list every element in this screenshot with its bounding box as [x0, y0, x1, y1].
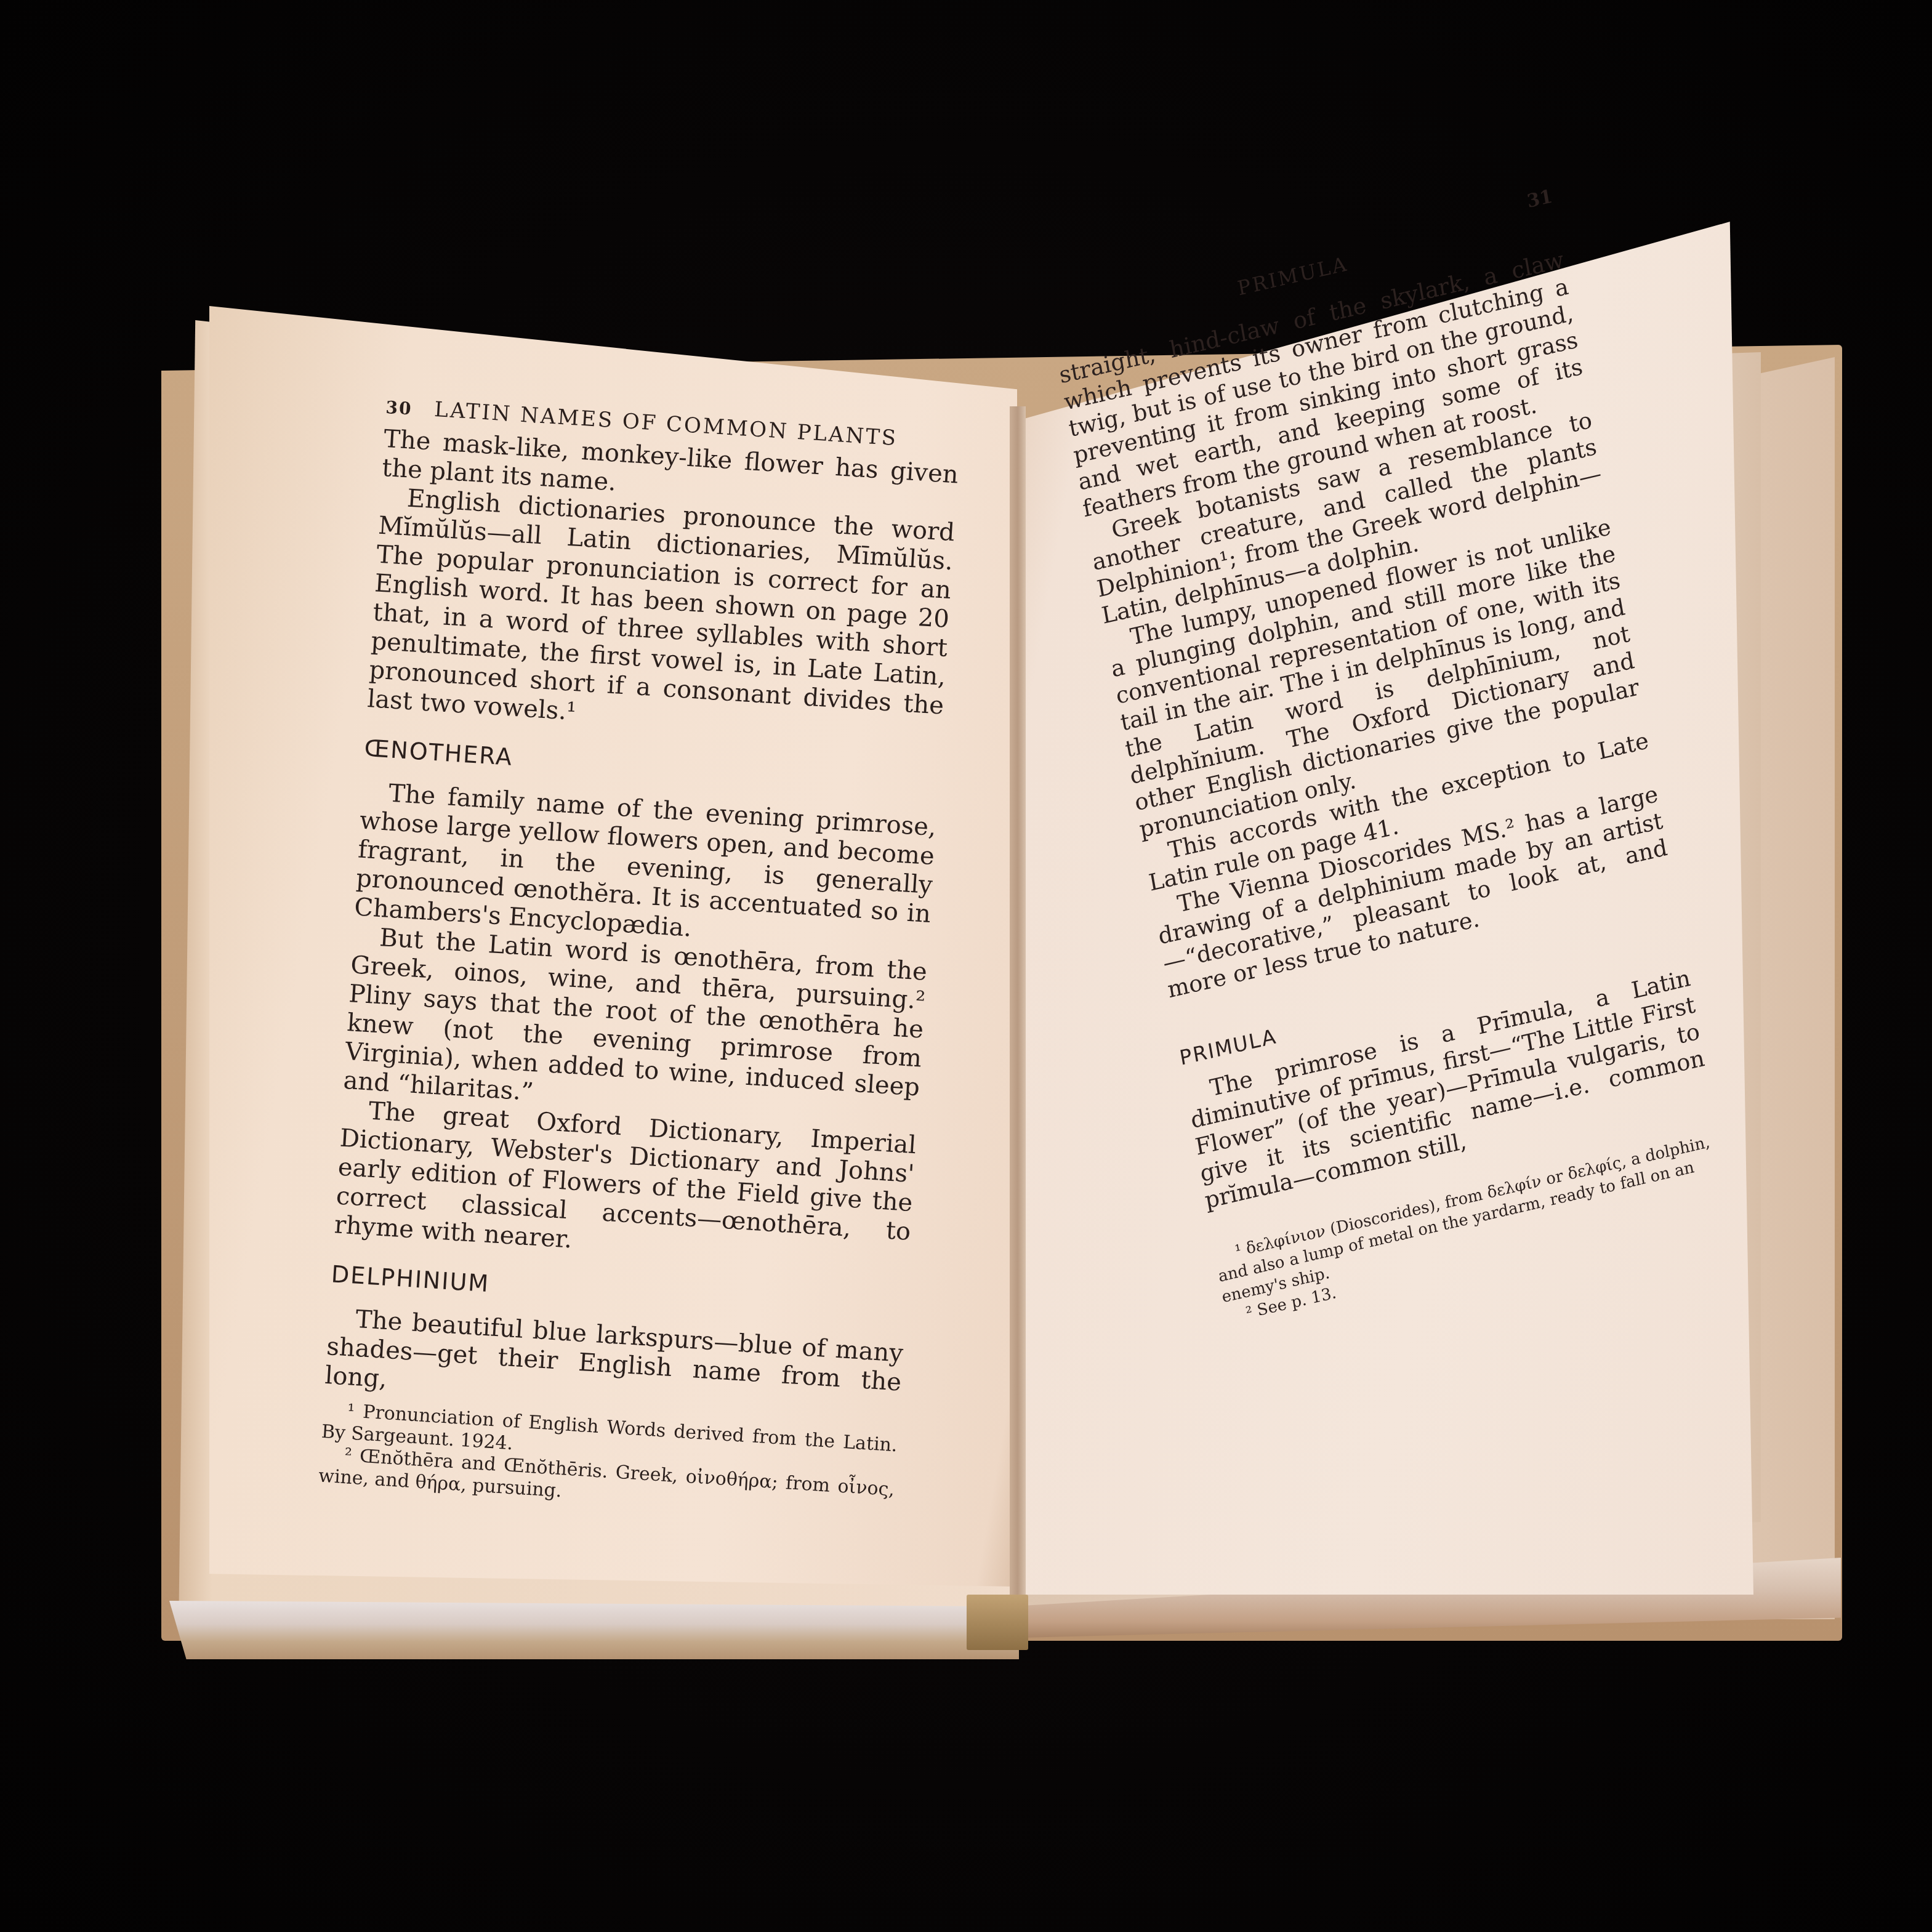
left-bottom-edge	[169, 1601, 1019, 1659]
running-head-title: PRIMULA	[1236, 252, 1350, 300]
intro-paragraph: English dictionaries pronounce the word …	[366, 483, 956, 750]
spine-gutter	[1010, 406, 1026, 1613]
book-photo-scene: 30 LATIN NAMES OF COMMON PLANTS The mask…	[0, 0, 1932, 1932]
page-number-left: 30	[385, 397, 413, 419]
oenothera-paragraph: But the Latin word is œnothēra, from the…	[342, 922, 928, 1131]
left-page-text: 30 LATIN NAMES OF COMMON PLANTS The mask…	[318, 394, 961, 1523]
spine-headband	[967, 1595, 1028, 1650]
page-number-right: 31	[1526, 185, 1555, 212]
